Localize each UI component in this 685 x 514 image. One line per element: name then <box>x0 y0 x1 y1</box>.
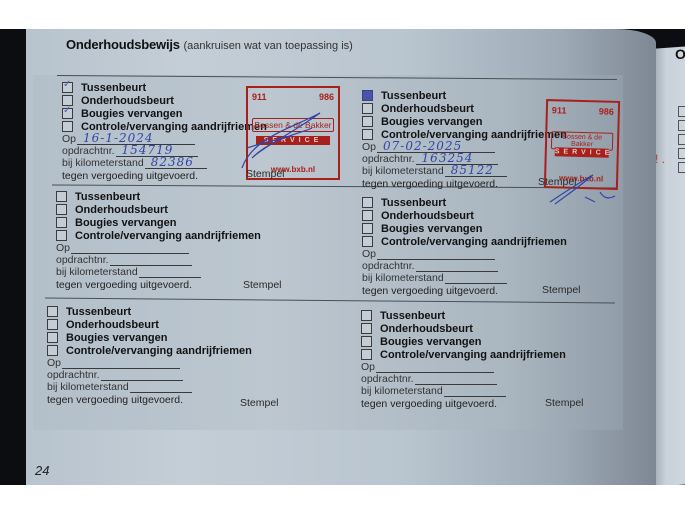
checkbox-label: Tussenbeurt <box>381 90 446 102</box>
checkbox[interactable] <box>62 82 73 93</box>
order-number-field[interactable]: opdrachtnr. <box>362 260 567 272</box>
stamp-label: Stempel <box>246 168 285 180</box>
check-row: Onderhoudsbeurt <box>362 102 567 115</box>
check-row: Tussenbeurt <box>362 89 567 102</box>
field-line[interactable] <box>376 361 494 373</box>
field-label: Op <box>47 357 61 369</box>
checkbox[interactable] <box>361 336 372 347</box>
check-row: Onderhoudsbeurt <box>62 94 267 107</box>
title-text: Onderhoudsbewijs <box>66 37 180 52</box>
field-line[interactable] <box>416 260 498 272</box>
footer-text: tegen vergoeding uitgevoerd. <box>362 177 567 190</box>
checkbox[interactable] <box>56 217 67 228</box>
maintenance-entry-6: TussenbeurtOnderhoudsbeurtBougies vervan… <box>361 309 566 410</box>
checkbox[interactable] <box>47 306 58 317</box>
checkbox-label: Onderhoudsbeurt <box>380 323 473 335</box>
field-label: opdrachtnr. <box>56 254 109 266</box>
checkbox-label: Controle/vervanging aandrijfriemen <box>380 349 566 361</box>
checkbox[interactable] <box>56 191 67 202</box>
checkbox-label: Onderhoudsbeurt <box>75 204 168 216</box>
checkbox-label: Bougies vervangen <box>381 116 482 128</box>
field-label: opdrachtnr. <box>361 373 414 385</box>
stamp-code-left: 911 <box>252 92 267 102</box>
maintenance-entry-3: TussenbeurtOnderhoudsbeurtBougies vervan… <box>56 190 261 291</box>
stamp-label: Stempel <box>538 176 577 188</box>
checkbox[interactable] <box>362 103 373 114</box>
checkbox-label: Controle/vervanging aandrijfriemen <box>381 236 567 248</box>
checkbox[interactable] <box>62 121 73 132</box>
checkbox[interactable] <box>47 345 58 356</box>
field-label: Op <box>362 248 376 260</box>
stamp-code-left: 911 <box>552 105 567 115</box>
checkbox-label: Onderhoudsbeurt <box>381 103 474 115</box>
field-label: Op <box>361 361 375 373</box>
mileage-field[interactable]: bij kilometerstand85122 <box>362 165 567 177</box>
check-row: Tussenbeurt <box>56 190 261 203</box>
title-subtitle: (aankruisen wat van toepassing is) <box>183 40 352 52</box>
field-label: opdrachtnr. <box>62 145 115 157</box>
checkbox-label: Bougies vervangen <box>81 108 182 120</box>
checkbox[interactable] <box>362 90 373 101</box>
stamp-code-right: 986 <box>599 106 614 116</box>
footer-text: tegen vergoeding uitgevoerd. <box>361 397 566 410</box>
checkbox-label: Tussenbeurt <box>81 82 146 94</box>
field-line[interactable] <box>110 254 192 266</box>
stamp-label: Stempel <box>243 279 282 291</box>
date-field[interactable]: Op <box>361 361 566 373</box>
field-line[interactable] <box>139 266 201 278</box>
check-row: Tussenbeurt <box>361 309 566 322</box>
checkbox-label: Onderhoudsbeurt <box>81 95 174 107</box>
field-label: bij kilometerstand <box>362 272 444 284</box>
handwritten-value: 85122 <box>451 163 494 177</box>
mileage-field[interactable]: bij kilometerstand <box>362 272 567 284</box>
check-row: Onderhoudsbeurt <box>56 203 261 216</box>
checkbox[interactable] <box>361 323 372 334</box>
field-label: opdrachtnr. <box>362 153 415 165</box>
checkbox[interactable] <box>362 116 373 127</box>
check-row: Onderhoudsbeurt <box>362 209 567 222</box>
checkbox-label: Bougies vervangen <box>75 217 176 229</box>
field-line[interactable]: 82386 <box>145 157 207 169</box>
check-row: Controle/vervanging aandrijfriemen <box>56 229 261 242</box>
mileage-field[interactable]: bij kilometerstand <box>47 381 252 393</box>
checkbox[interactable] <box>47 332 58 343</box>
date-field[interactable]: Op <box>47 357 252 369</box>
check-row: Onderhoudsbeurt <box>47 318 252 331</box>
date-field[interactable]: Op <box>362 248 567 260</box>
check-row: Bougies vervangen <box>361 335 566 348</box>
mileage-field[interactable]: bij kilometerstand <box>56 266 261 278</box>
footer-text: tegen vergoeding uitgevoerd. <box>62 169 267 182</box>
maintenance-entry-5: TussenbeurtOnderhoudsbeurtBougies vervan… <box>47 305 252 406</box>
stamp-label: Stempel <box>240 397 279 409</box>
check-row: Tussenbeurt <box>62 81 267 94</box>
checkbox-label: Tussenbeurt <box>75 191 140 203</box>
footer-text: tegen vergoeding uitgevoerd. <box>362 284 567 297</box>
field-line[interactable]: 85122 <box>445 165 507 177</box>
field-line[interactable] <box>377 248 495 260</box>
facing-page-checkboxes <box>678 106 685 173</box>
check-row: Bougies vervangen <box>62 107 267 120</box>
stamp-code-right: 986 <box>319 92 334 102</box>
mileage-field[interactable]: bij kilometerstand <box>361 385 566 397</box>
checkbox-label: Bougies vervangen <box>380 336 481 348</box>
field-line[interactable] <box>101 369 183 381</box>
field-line[interactable] <box>62 357 180 369</box>
stamp-label: Stempel <box>542 284 581 296</box>
stamp-service-banner: SERVICE <box>256 136 330 145</box>
stamp-label: Stempel <box>545 397 584 409</box>
check-row: Onderhoudsbeurt <box>361 322 566 335</box>
field-line[interactable] <box>415 373 497 385</box>
checkbox-label: Controle/vervanging aandrijfriemen <box>75 230 261 242</box>
checkbox[interactable] <box>362 129 373 140</box>
footer-text: tegen vergoeding uitgevoerd. <box>56 278 261 291</box>
field-label: Op <box>62 133 76 145</box>
check-row: Controle/vervanging aandrijfriemen <box>362 235 567 248</box>
order-number-field[interactable]: opdrachtnr. <box>47 369 252 381</box>
checkbox-label: Tussenbeurt <box>66 306 131 318</box>
facing-page-marks: ! . <box>655 152 665 166</box>
checkbox-label: Onderhoudsbeurt <box>66 319 159 331</box>
date-field[interactable]: Op <box>56 242 261 254</box>
check-row: Controle/vervanging aandrijfriemen <box>361 348 566 361</box>
checkbox-label: Onderhoudsbeurt <box>381 210 474 222</box>
stamp-service-banner: SERVICE <box>555 147 609 157</box>
check-row: Tussenbeurt <box>47 305 252 318</box>
field-label: bij kilometerstand <box>47 381 129 393</box>
check-row: Bougies vervangen <box>47 331 252 344</box>
field-label: opdrachtnr. <box>362 260 415 272</box>
maintenance-entry-1: TussenbeurtOnderhoudsbeurtBougies vervan… <box>62 81 267 182</box>
checkbox[interactable] <box>56 204 67 215</box>
checkbox[interactable] <box>362 236 373 247</box>
field-line[interactable] <box>445 272 507 284</box>
dealer-stamp: 911986Bossen & de BakkerSERVICEwww.bxb.n… <box>246 86 340 180</box>
mileage-field[interactable]: bij kilometerstand82386 <box>62 157 267 169</box>
checkbox-label: Bougies vervangen <box>381 223 482 235</box>
page-title: Onderhoudsbewijs (aankruisen wat van toe… <box>66 37 353 52</box>
field-line[interactable] <box>130 381 192 393</box>
field-label: bij kilometerstand <box>56 266 138 278</box>
check-row: Bougies vervangen <box>362 222 567 235</box>
checkbox-label: Tussenbeurt <box>381 197 446 209</box>
field-label: bij kilometerstand <box>62 157 144 169</box>
handwritten-value: 82386 <box>151 155 194 169</box>
maintenance-entry-4: TussenbeurtOnderhoudsbeurtBougies vervan… <box>362 196 567 297</box>
page-number: 24 <box>35 463 49 478</box>
field-label: opdrachtnr. <box>47 369 100 381</box>
order-number-field[interactable]: opdrachtnr. <box>56 254 261 266</box>
check-row: Bougies vervangen <box>56 216 261 229</box>
checkbox-label: Bougies vervangen <box>66 332 167 344</box>
checkbox-label: Tussenbeurt <box>380 310 445 322</box>
checkbox[interactable] <box>362 210 373 221</box>
checkbox-label: Controle/vervanging aandrijfriemen <box>66 345 252 357</box>
field-label: Op <box>56 242 70 254</box>
checkbox[interactable] <box>361 310 372 321</box>
check-row: Bougies vervangen <box>362 115 567 128</box>
stamp-dealer-name: Bossen & de Bakker <box>252 118 334 132</box>
field-line[interactable] <box>71 242 189 254</box>
check-row: Controle/vervanging aandrijfriemen <box>47 344 252 357</box>
field-label: Op <box>362 141 376 153</box>
footer-text: tegen vergoeding uitgevoerd. <box>47 393 252 406</box>
checkbox[interactable] <box>362 223 373 234</box>
check-row: Tussenbeurt <box>362 196 567 209</box>
checkbox[interactable] <box>361 349 372 360</box>
checkbox[interactable] <box>47 319 58 330</box>
checkbox[interactable] <box>56 230 67 241</box>
checkbox[interactable] <box>362 197 373 208</box>
facing-page-title: O <box>675 46 685 62</box>
field-line[interactable] <box>444 385 506 397</box>
field-label: bij kilometerstand <box>362 165 444 177</box>
checkbox[interactable] <box>62 108 73 119</box>
maintenance-entry-2: TussenbeurtOnderhoudsbeurtBougies vervan… <box>362 89 567 190</box>
order-number-field[interactable]: opdrachtnr. <box>361 373 566 385</box>
field-label: bij kilometerstand <box>361 385 443 397</box>
